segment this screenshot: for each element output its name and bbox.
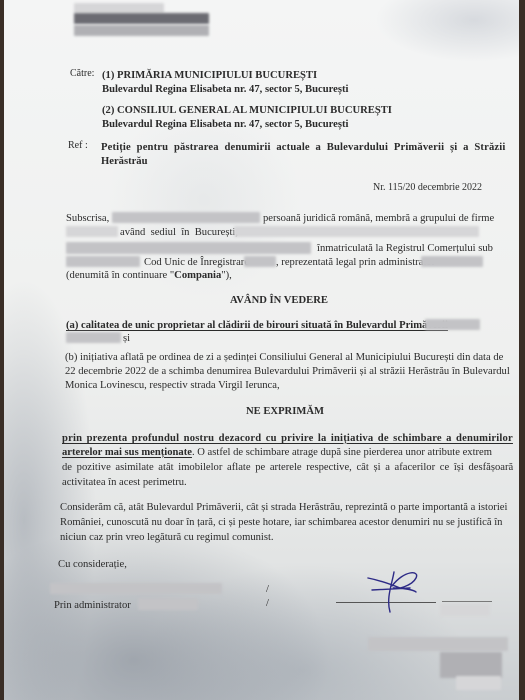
point-b-line2: 22 decembrie 2022 de a schimba denumirea… [65,365,510,378]
redacted-administrator-name [138,598,198,610]
point-b-line3: Monica Lovinescu, respectiv strada Virgi… [65,379,280,392]
ref-subject-line1: Petiție pentru păstrarea denumirii actua… [101,141,505,154]
intro-line4-a: Cod Unic de Înregistrare [144,256,249,269]
redacted-group-name [66,226,118,237]
redacted-address-2 [66,242,311,254]
signature-slash-2: / [266,597,269,610]
document-number-date: Nr. 115/20 decembrie 2022 [373,181,482,194]
redacted-signature-label [440,604,490,616]
heading-ne-exprimam: NE EXPRIMĂM [246,405,324,418]
redacted-company-signatory [50,583,222,594]
consider-line1: Considerăm că, atât Bulevardul Primăveri… [60,501,507,514]
express-line3: de pozitive asimilate atât imobilelor af… [62,461,513,474]
intro-line2: având sediul în București, [120,226,238,239]
redacted-building-address [425,319,480,330]
company-alias: Compania [174,270,221,281]
point-a-line2: și [123,332,130,345]
document-page: Către: (1) PRIMĂRIA MUNICIPIULUI BUCUREȘ… [4,0,519,700]
redacted-letterhead-bottom [74,25,209,36]
redacted-building-address-2 [66,332,121,343]
consider-line3: niciun caz prin vreo legătură cu regimul… [60,531,274,544]
express-line2: arterelor mai sus menționate. O astfel d… [62,446,492,459]
redacted-company-name [112,212,260,223]
ref-label: Ref : [68,139,88,152]
heading-avand-in-vedere: AVÂND ÎN VEDERE [230,294,328,307]
recipients-label: Către: [70,67,94,80]
intro-line3-tail: înmatriculată la Registrul Comerțului su… [317,242,493,255]
redacted-address [234,226,479,237]
express-line2-rest: . O astfel de schimbare atrage după sine… [192,447,492,458]
redacted-stamp-1 [368,637,508,651]
redacted-registry-number [66,256,140,267]
by-administrator-label: Prin administrator [54,599,131,612]
redacted-stamp-3 [456,676,501,690]
recipient-2-name: (2) CONSILIUL GENERAL AL MUNICIPIULUI BU… [102,104,392,117]
intro-line5-a: (denumită în continuare " [66,270,174,281]
ref-subject-line2: Herăstrău [101,155,147,168]
point-a-line1: (a) calitatea de unic proprietar al clăd… [66,319,448,332]
recipient-1-name: (1) PRIMĂRIA MUNICIPIULUI BUCUREȘTI [102,69,317,82]
intro-line5: (denumită în continuare "Compania"), [66,269,232,282]
intro-line1-tail: persoană juridică română, membră a grupu… [263,212,494,225]
recipient-2-address: Bulevardul Regina Elisabeta nr. 47, sect… [102,118,348,131]
redacted-cui [244,256,276,267]
signature-slash-1: / [266,583,269,596]
redacted-letterhead-name [74,13,209,24]
redacted-letterhead-top [74,3,164,13]
intro-line5-b: "), [221,270,232,281]
intro-subscrisa: Subscrisa, [66,212,109,225]
handwritten-signature-icon [364,568,444,618]
intro-line4-b: , reprezentată legal prin administrator [276,256,435,269]
point-b-line1: (b) inițiativa aflată pe ordinea de zi a… [65,351,503,364]
express-bold-line1: prin prezenta profundul nostru dezacord … [62,432,513,445]
recipient-1-address: Bulevardul Regina Elisabeta nr. 47, sect… [102,83,348,96]
consider-line2: României, cunoscută nu doar în țară, ci … [60,516,502,529]
express-bold-line2: arterelor mai sus menționate [62,447,192,458]
redacted-administrator [421,256,483,267]
express-line4: activitatea în acest perimetru. [62,476,187,489]
redacted-stamp-2 [440,652,502,678]
closing-salutation: Cu considerație, [58,558,127,571]
signature-line-right [442,601,492,602]
